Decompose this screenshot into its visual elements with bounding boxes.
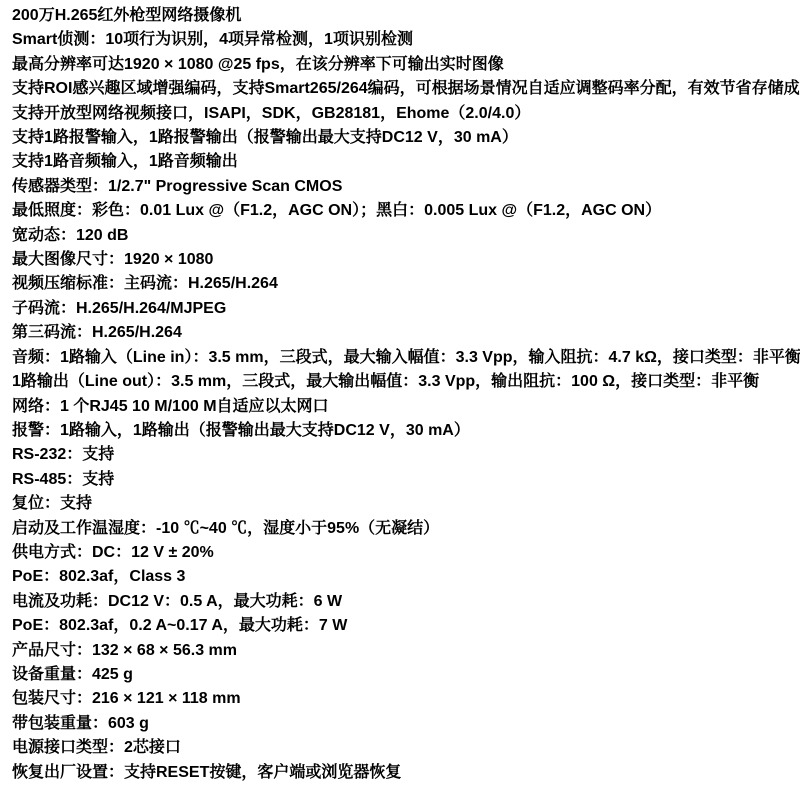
spec-document: 200万H.265红外枪型网络摄像机 Smart侦测：10项行为识别，4项异常检… bbox=[0, 0, 800, 800]
spec-line: 传感器类型：1/2.7" Progressive Scan CMOS bbox=[12, 175, 788, 199]
spec-line: 宽动态：120 dB bbox=[12, 224, 788, 248]
spec-line: 子码流：H.265/H.264/MJPEG bbox=[12, 297, 788, 321]
spec-line: 产品尺寸：132 × 68 × 56.3 mm bbox=[12, 639, 788, 663]
spec-line: 支持ROI感兴趣区域增强编码，支持Smart265/264编码，可根据场景情况自… bbox=[12, 77, 788, 101]
spec-line: 支持1路音频输入，1路音频输出 bbox=[12, 150, 788, 174]
spec-line: RS-485：支持 bbox=[12, 468, 788, 492]
spec-line: 支持开放型网络视频接口，ISAPI，SDK，GB28181，Ehome（2.0/… bbox=[12, 102, 788, 126]
spec-line: 1路输出（Line out）：3.5 mm，三段式，最大输出幅值：3.3 Vpp… bbox=[12, 370, 788, 394]
spec-line: 启动及工作温湿度：-10 ℃~40 ℃，湿度小于95%（无凝结） bbox=[12, 517, 788, 541]
spec-line: 最低照度：彩色：0.01 Lux @（F1.2，AGC ON）；黑白：0.005… bbox=[12, 199, 788, 223]
spec-line: 第三码流：H.265/H.264 bbox=[12, 321, 788, 345]
product-title: 200万H.265红外枪型网络摄像机 bbox=[12, 4, 788, 28]
spec-line: 网络：1 个RJ45 10 M/100 M自适应以太网口 bbox=[12, 395, 788, 419]
spec-line: Smart侦测：10项行为识别，4项异常检测，1项识别检测 bbox=[12, 28, 788, 52]
spec-line: 供电方式：DC：12 V ± 20% bbox=[12, 541, 788, 565]
spec-line: 设备重量：425 g bbox=[12, 663, 788, 687]
spec-line: PoE：802.3af，Class 3 bbox=[12, 565, 788, 589]
spec-line: 报警：1路输入，1路输出（报警输出最大支持DC12 V，30 mA） bbox=[12, 419, 788, 443]
spec-line: 最大图像尺寸：1920 × 1080 bbox=[12, 248, 788, 272]
spec-line: 带包装重量：603 g bbox=[12, 712, 788, 736]
spec-line: 音频：1路输入（Line in）：3.5 mm，三段式，最大输入幅值：3.3 V… bbox=[12, 346, 788, 370]
spec-line: 电源接口类型：2芯接口 bbox=[12, 736, 788, 760]
spec-line: 复位：支持 bbox=[12, 492, 788, 516]
spec-line: 视频压缩标准：主码流：H.265/H.264 bbox=[12, 272, 788, 296]
spec-line: 恢复出厂设置：支持RESET按键，客户端或浏览器恢复 bbox=[12, 761, 788, 785]
spec-line: 电流及功耗：DC12 V：0.5 A，最大功耗：6 W bbox=[12, 590, 788, 614]
spec-line: 包装尺寸：216 × 121 × 118 mm bbox=[12, 687, 788, 711]
spec-line: RS-232：支持 bbox=[12, 443, 788, 467]
spec-line: 支持1路报警输入，1路报警输出（报警输出最大支持DC12 V，30 mA） bbox=[12, 126, 788, 150]
spec-line: 最高分辨率可达1920 × 1080 @25 fps，在该分辨率下可输出实时图像 bbox=[12, 53, 788, 77]
spec-line: PoE：802.3af，0.2 A~0.17 A，最大功耗：7 W bbox=[12, 614, 788, 638]
